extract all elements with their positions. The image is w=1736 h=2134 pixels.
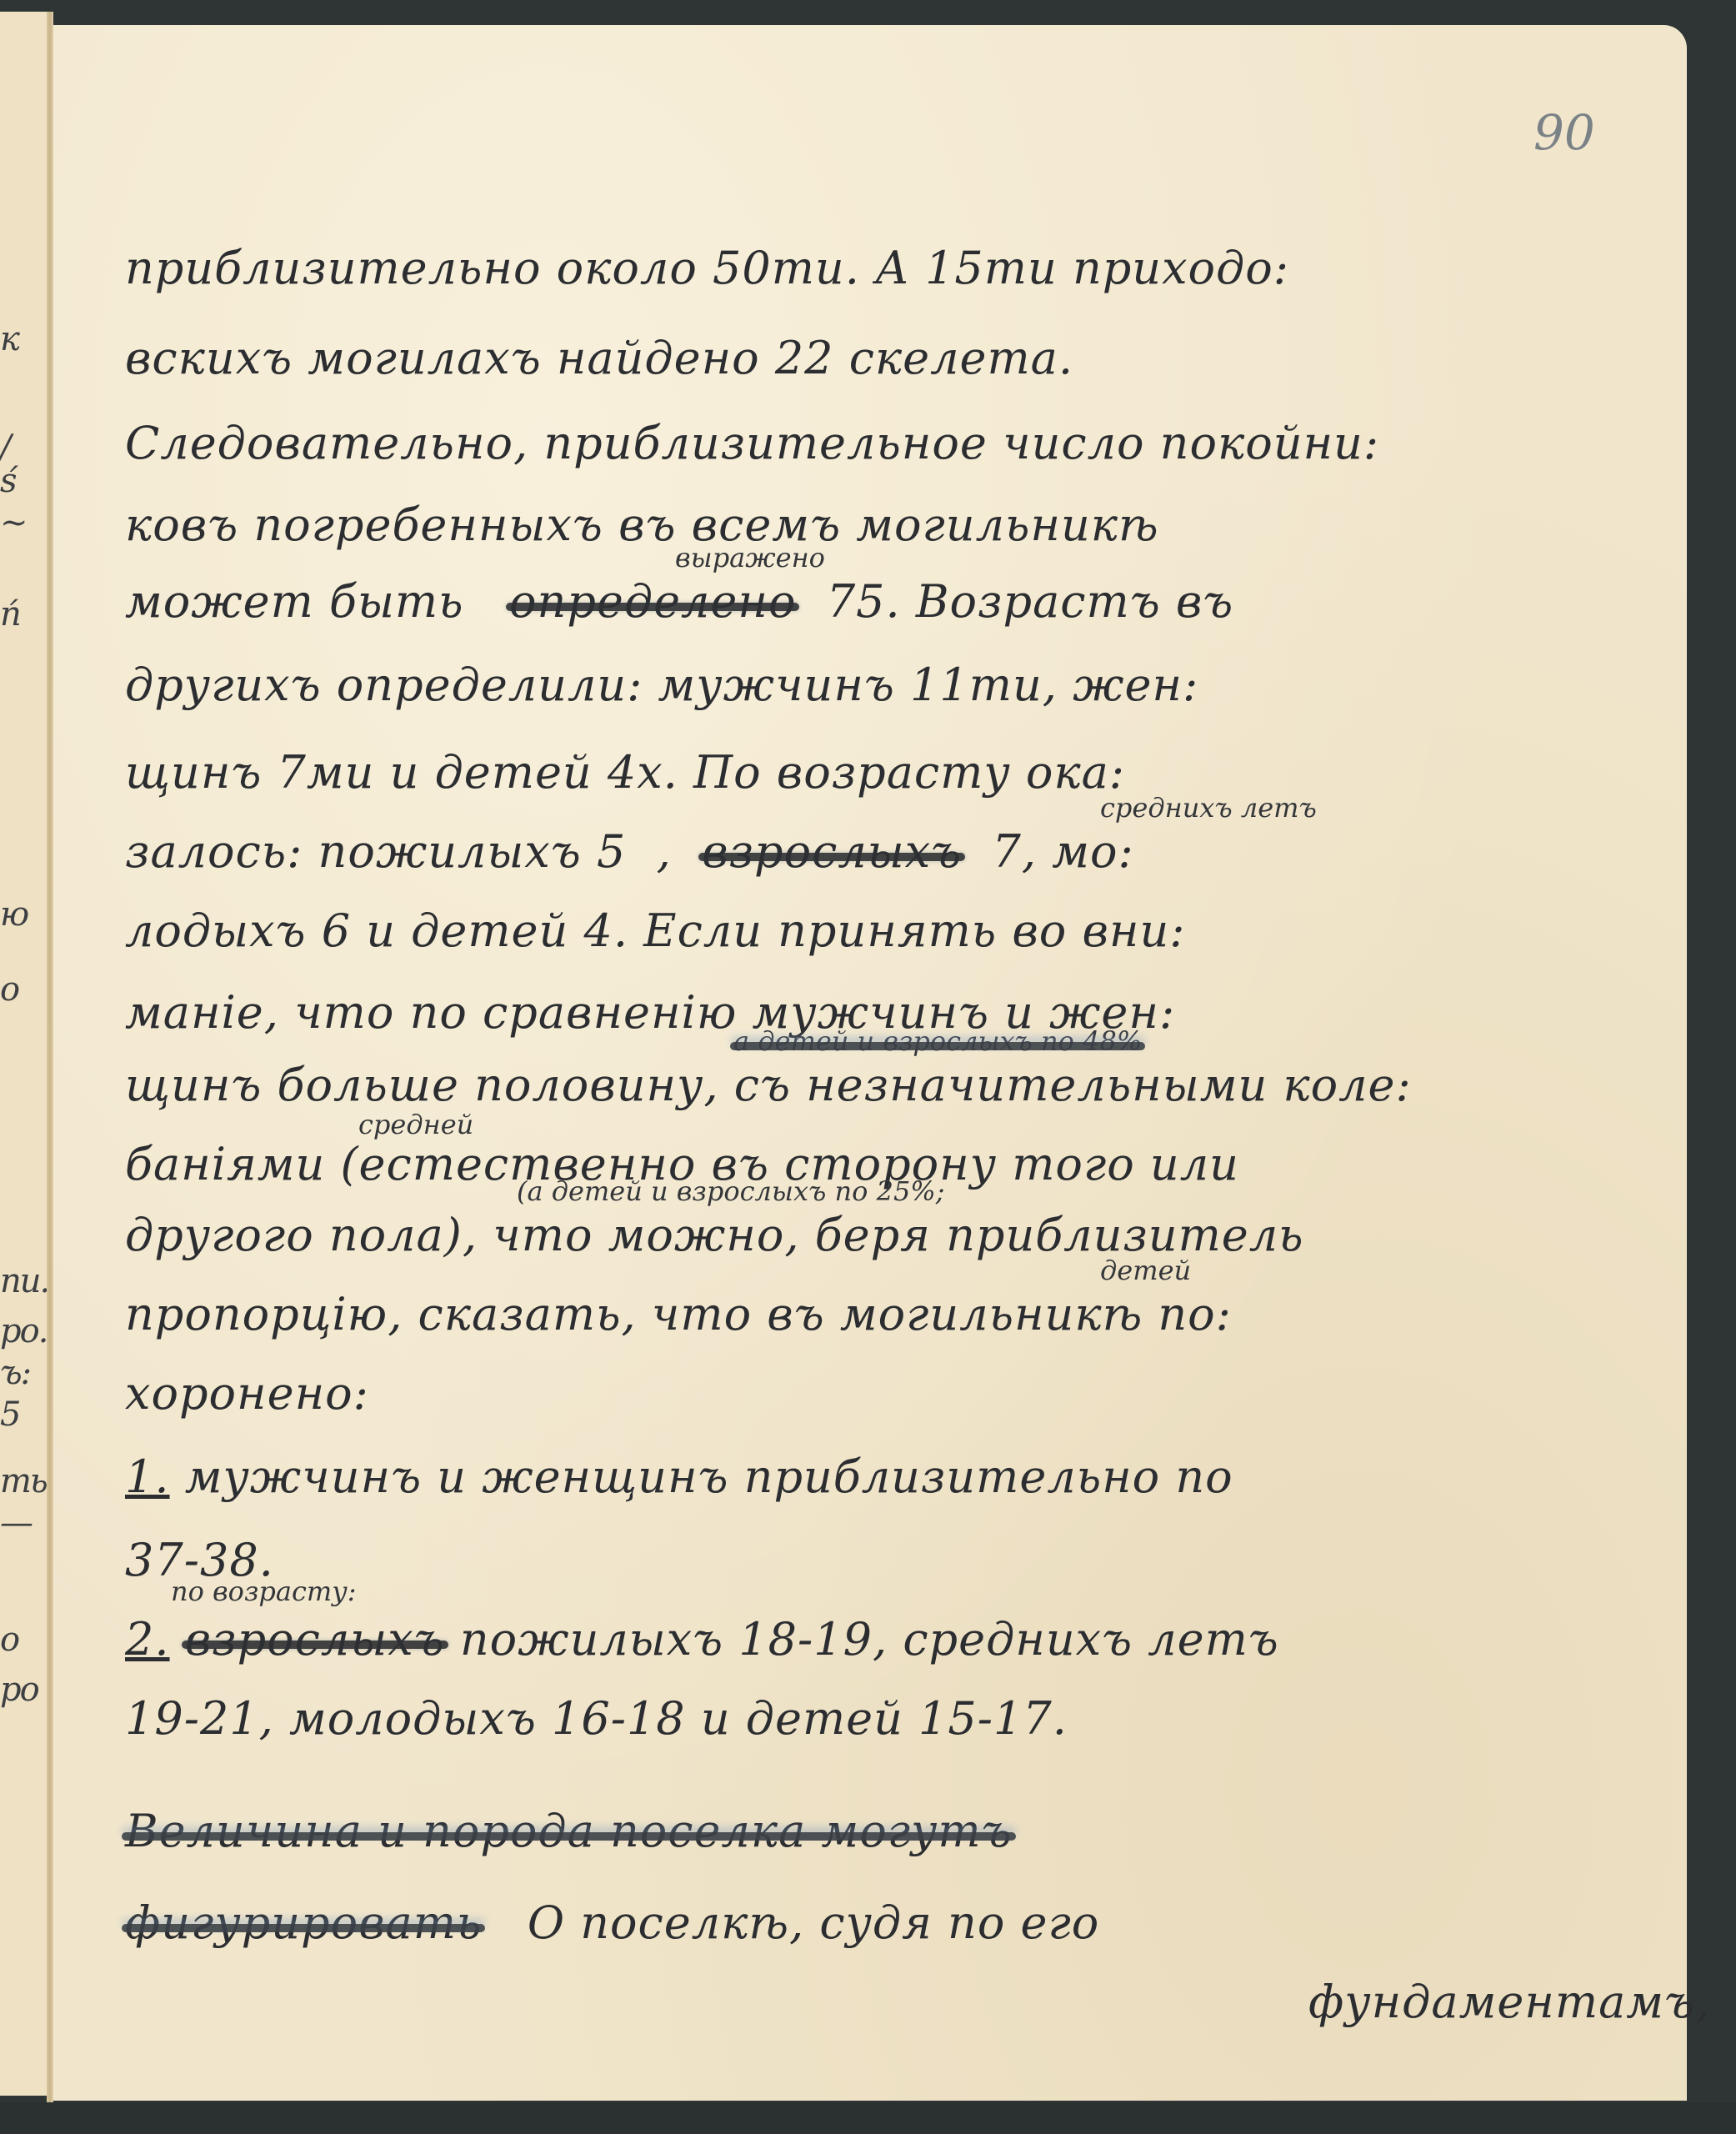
manuscript-line: лодыхъ 6 и детей 4. Если принять во вни:: [125, 904, 1185, 957]
manuscript-line: щинъ больше половину, съ незначительными…: [125, 1059, 1412, 1111]
manuscript-line: щинъ 7ми и детей 4х. По возрасту ока:: [125, 746, 1125, 799]
facing-page-fragment: о: [0, 970, 18, 1009]
list-number: 2.: [125, 1613, 170, 1666]
manuscript-line: хоронено:: [125, 1367, 369, 1420]
struck-word: определено: [509, 575, 796, 628]
manuscript-line: пропорцію, сказать, что въ могильникѣ по…: [125, 1288, 1232, 1340]
line-text: О поселкѣ, судя по его: [528, 1896, 1099, 1949]
facing-page-edge: к / ś ~ ń ю о пи. ро. ъ: 5 ты: — о ро: [0, 12, 53, 2096]
manuscript-line: 2. взрослыхъ пожилыхъ 18-19, среднихъ ле…: [125, 1613, 1279, 1666]
manuscript-line: 19-21, молодыхъ 16-18 и детей 15-17.: [125, 1692, 1068, 1745]
facing-page-fragment: ~: [0, 503, 27, 542]
manuscript-line: другого пола), что можно, беря приблизит…: [125, 1209, 1304, 1261]
interlinear-insertion: (а детей и взрослыхъ по 25%;: [517, 1175, 944, 1207]
struck-line: Величина и порода поселка могутъ: [125, 1805, 1013, 1857]
line-text: залось: пожилыхъ 5: [125, 825, 626, 878]
manuscript-line: вскихъ могилахъ найдено 22 скелета.: [125, 332, 1073, 384]
manuscript-line: Следовательно, приблизительное число пок…: [125, 417, 1379, 469]
manuscript-line: другихъ определили: мужчинъ 11ти, жен:: [125, 659, 1198, 711]
facing-page-fragment: ро: [0, 1671, 38, 1709]
interlinear-insertion: среднихъ летъ: [1100, 792, 1317, 824]
line-text: 7, мо:: [993, 825, 1134, 878]
struck-word: фигурировать: [125, 1896, 482, 1949]
list-number: 1.: [125, 1450, 170, 1503]
manuscript-line: ковъ погребенныхъ въ всемъ могильникѣ: [125, 498, 1159, 551]
facing-page-fragment: ъ:: [0, 1354, 30, 1392]
manuscript-line: фундаментамъ,: [1308, 1976, 1710, 2028]
manuscript-line: фигурировать О поселкѣ, судя по его: [125, 1896, 1099, 1949]
facing-page-fragment: ю: [0, 895, 28, 934]
scan-background: [0, 2102, 1736, 2134]
line-text: баніями: [125, 1138, 325, 1190]
manuscript-line: залось: пожилыхъ 5 , взрослыхъ 7, мо:: [125, 825, 1134, 878]
facing-page-fragment: —: [0, 1504, 32, 1542]
struck-word: взрослыхъ: [702, 825, 962, 878]
manuscript-line: Величина и порода поселка могутъ: [125, 1805, 1013, 1857]
line-text: пожилыхъ 18-19, среднихъ летъ: [460, 1613, 1279, 1666]
binding-gutter: [47, 12, 53, 2104]
line-text: мужчинъ и женщинъ приблизительно по: [185, 1450, 1233, 1503]
struck-word: взрослыхъ: [185, 1613, 445, 1666]
interlinear-insertion: выражено: [675, 542, 825, 574]
facing-page-fragment: ń: [0, 595, 20, 634]
interlinear-insertion: по возрасту:: [171, 1575, 357, 1607]
line-text: может быть: [125, 575, 464, 628]
manuscript-line: может быть определено 75. Возрастъ въ: [125, 575, 1233, 628]
facing-page-fragment: о: [0, 1621, 18, 1659]
interlinear-insertion: средней: [358, 1109, 473, 1140]
facing-page-fragment: пи.: [0, 1262, 48, 1300]
line-text: 75. Возрастъ въ: [827, 575, 1233, 628]
facing-page-fragment: 5: [0, 1395, 19, 1434]
manuscript-line: 1. мужчинъ и женщинъ приблизительно по: [125, 1450, 1233, 1503]
interlinear-insertion: детей: [1100, 1255, 1191, 1286]
manuscript-line: приблизительно около 50ти. А 15ти приход…: [125, 242, 1289, 294]
folio-number: 90: [1533, 104, 1595, 161]
facing-page-fragment: к: [0, 320, 18, 358]
struck-insertion: а детей и взрослыхъ по 48%: [733, 1025, 1142, 1057]
facing-page-fragment: ś: [0, 462, 16, 500]
facing-page-fragment: ро.: [0, 1312, 47, 1350]
